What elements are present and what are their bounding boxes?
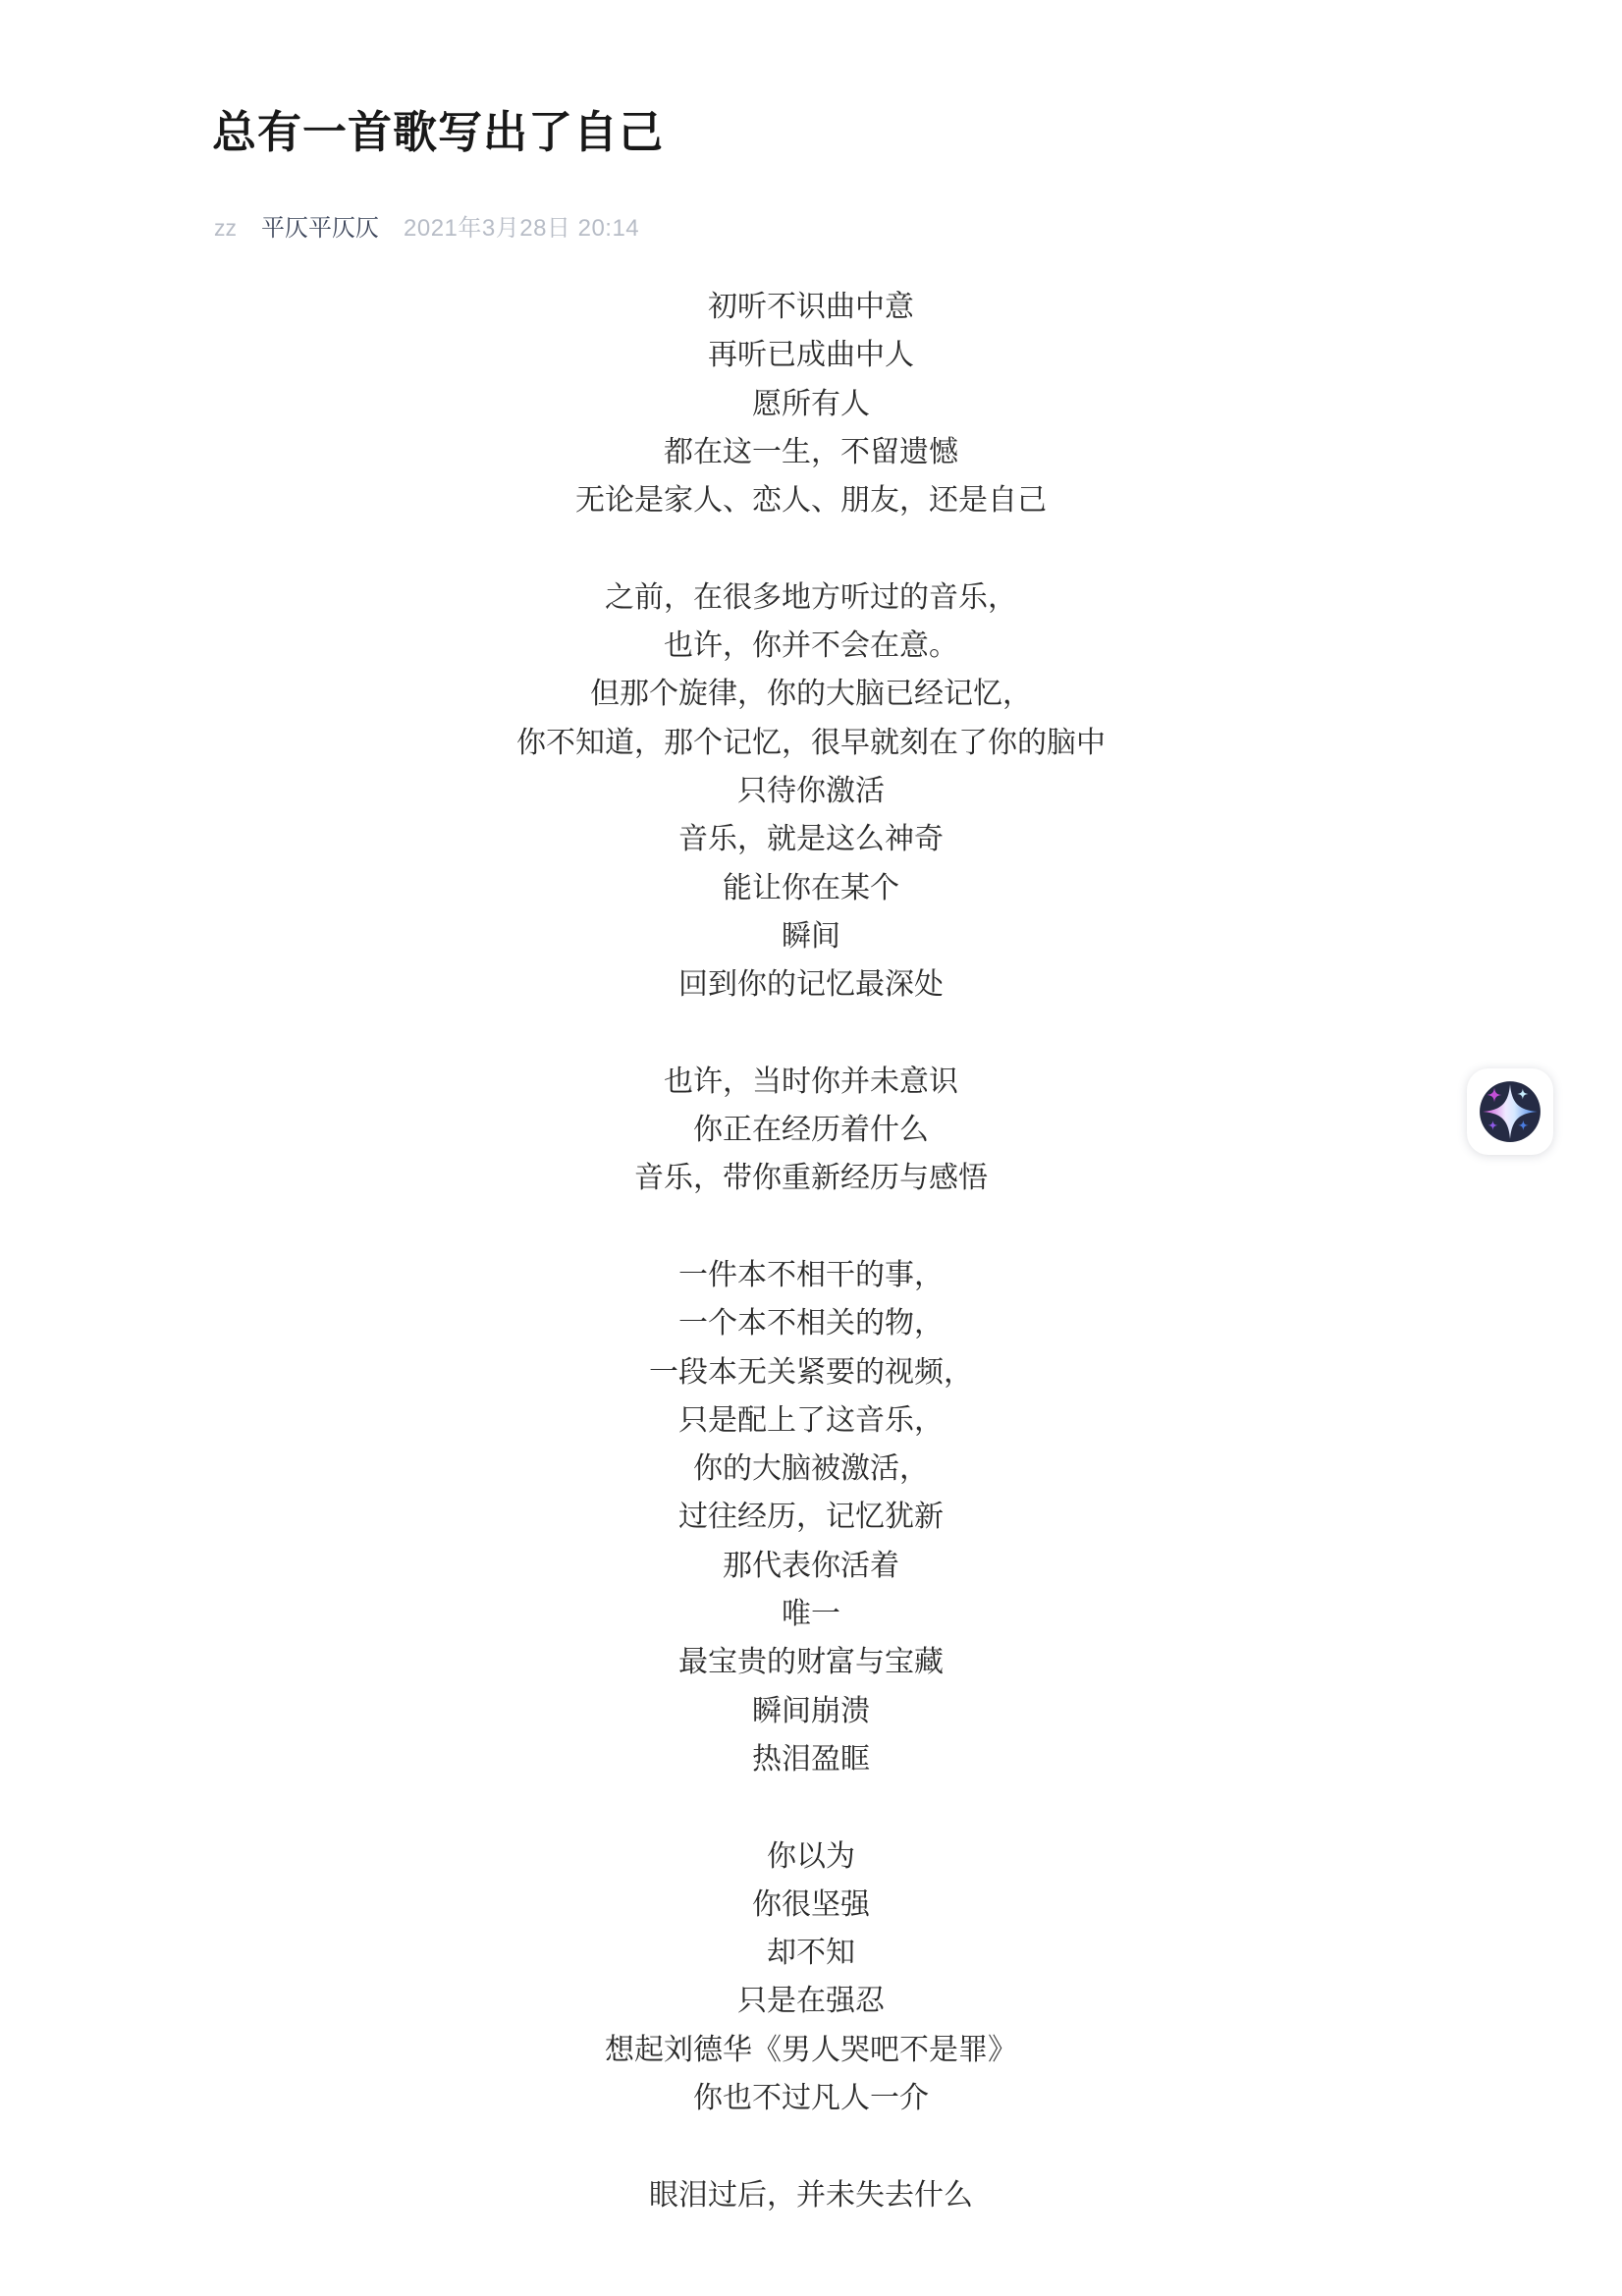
poem-line: 音乐，就是这么神奇 xyxy=(0,815,1622,863)
poem-line: 初听不识曲中意 xyxy=(0,283,1622,331)
poem-stanza: 也许，当时你并未意识你正在经历着什么音乐，带你重新经历与感悟 xyxy=(0,1058,1622,1203)
poem-stanza: 初听不识曲中意再听已成曲中人愿所有人都在这一生，不留遗憾无论是家人、恋人、朋友，… xyxy=(0,283,1622,524)
poem-line: 最宝贵的财富与宝藏 xyxy=(0,1638,1622,1686)
poem-stanza: 之前，在很多地方听过的音乐，也许，你并不会在意。但那个旋律，你的大脑已经记忆，你… xyxy=(0,574,1622,1010)
poem-line: 也许，当时你并未意识 xyxy=(0,1058,1622,1106)
poem-stanza: 你以为你很坚强却不知只是在强忍想起刘德华《男人哭吧不是罪》你也不过凡人一介 xyxy=(0,1832,1622,2123)
poem-line: 一件本不相干的事， xyxy=(0,1251,1622,1299)
poem-line: 能让你在某个 xyxy=(0,864,1622,912)
poem-line: 瞬间崩溃 xyxy=(0,1687,1622,1735)
poem-line: 眼泪过后，并未失去什么 xyxy=(0,2171,1622,2219)
poem-line: 只待你激活 xyxy=(0,767,1622,815)
poem-line: 想起刘德华《男人哭吧不是罪》 xyxy=(0,2026,1622,2074)
ai-assistant-button[interactable] xyxy=(1467,1068,1553,1155)
page-title: 总有一首歌写出了自己 xyxy=(212,104,664,162)
author-name[interactable]: 平仄平仄仄 xyxy=(261,208,379,243)
poem-line: 唯一 xyxy=(0,1590,1622,1638)
poem-line: 只是配上了这音乐， xyxy=(0,1396,1622,1445)
poem-line: 之前，在很多地方听过的音乐， xyxy=(0,574,1622,622)
poem-line: 那代表你活着 xyxy=(0,1542,1622,1590)
poem-line: 瞬间 xyxy=(0,912,1622,960)
poem-stanza: 一件本不相干的事，一个本不相关的物，一段本无关紧要的视频，只是配上了这音乐，你的… xyxy=(0,1251,1622,1783)
poem-line: 你很坚强 xyxy=(0,1881,1622,1929)
poem-line: 音乐，带你重新经历与感悟 xyxy=(0,1154,1622,1202)
poem-line: 愿所有人 xyxy=(0,380,1622,428)
poem-line: 回到你的记忆最深处 xyxy=(0,960,1622,1009)
poem-line: 一段本无关紧要的视频， xyxy=(0,1348,1622,1396)
poem-line: 你以为 xyxy=(0,1832,1622,1881)
poem-line: 热泪盈眶 xyxy=(0,1735,1622,1783)
author-avatar-initials: zz xyxy=(214,215,237,242)
poem-line: 过往经历，记忆犹新 xyxy=(0,1493,1622,1541)
byline: zz 平仄平仄仄 2021年3月28日 20:14 xyxy=(214,208,639,243)
poem-line: 你正在经历着什么 xyxy=(0,1106,1622,1154)
poem-line: 你也不过凡人一介 xyxy=(0,2074,1622,2122)
poem-body: 初听不识曲中意再听已成曲中人愿所有人都在这一生，不留遗憾无论是家人、恋人、朋友，… xyxy=(0,283,1622,2219)
poem-line: 只是在强忍 xyxy=(0,1977,1622,2025)
poem-line: 一个本不相关的物， xyxy=(0,1299,1622,1347)
poem-line: 也许，你并不会在意。 xyxy=(0,622,1622,670)
poem-line: 再听已成曲中人 xyxy=(0,331,1622,379)
poem-line: 但那个旋律，你的大脑已经记忆， xyxy=(0,670,1622,718)
poem-line: 却不知 xyxy=(0,1929,1622,1977)
poem-line: 无论是家人、恋人、朋友，还是自己 xyxy=(0,476,1622,524)
poem-line: 你的大脑被激活， xyxy=(0,1445,1622,1493)
poem-line: 你不知道，那个记忆，很早就刻在了你的脑中 xyxy=(0,719,1622,767)
publish-datetime: 2021年3月28日 20:14 xyxy=(404,208,639,243)
ai-sparkle-icon xyxy=(1478,1079,1542,1144)
poem-stanza: 眼泪过后，并未失去什么 xyxy=(0,2171,1622,2219)
poem-line: 都在这一生，不留遗憾 xyxy=(0,428,1622,476)
